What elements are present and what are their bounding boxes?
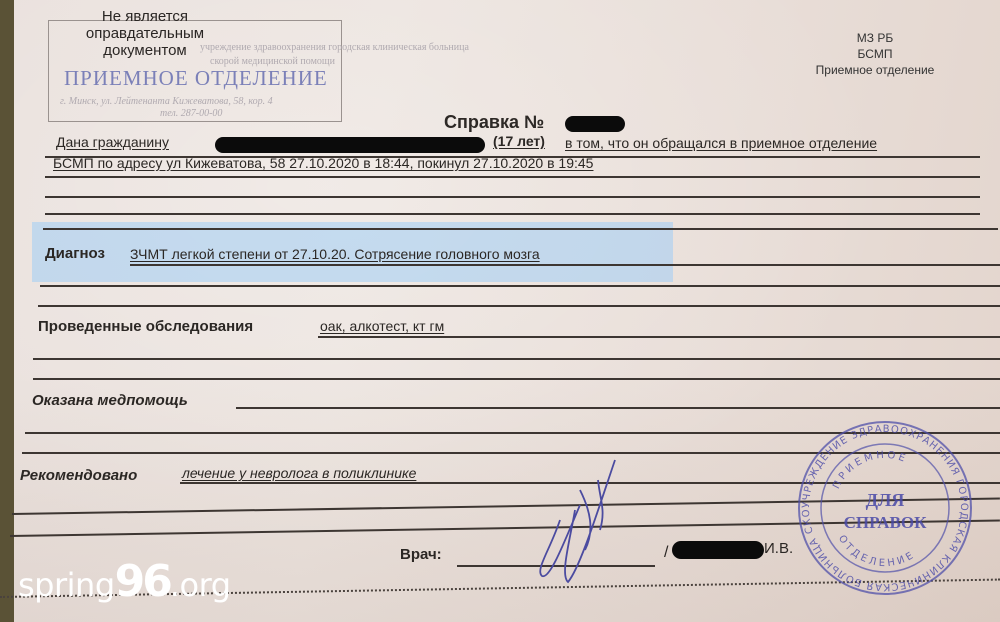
- header-institution: МЗ РБ БСМП Приемное отделение: [790, 30, 960, 78]
- svg-text:ПРИЕМНОЕ: ПРИЕМНОЕ: [831, 450, 909, 491]
- stamp-address: г. Минск, ул. Лейтенанта Кижеватова, 58,…: [60, 96, 273, 107]
- svg-text:ОТДЕЛЕНИЕ: ОТДЕЛЕНИЕ: [836, 533, 918, 569]
- issued-prefix: Дана гражданину: [56, 134, 169, 150]
- spring96-watermark: spring96.org: [18, 556, 231, 607]
- examinations-value: оак, алкотест, кт гм: [320, 318, 444, 334]
- diagnosis-label: Диагноз: [45, 245, 105, 262]
- document-title: Справка №: [444, 112, 544, 133]
- doctor-initials: И.В.: [764, 540, 793, 557]
- redacted-doctor-name: [672, 541, 764, 559]
- round-seal: УЧРЕЖДЕНИЕ ЗДРАВООХРАНЕНИЯ ГОРОДСКАЯ КЛИ…: [795, 418, 975, 598]
- diagnosis-value: ЗЧМТ легкой степени от 27.10.20. Сотрясе…: [130, 246, 540, 262]
- redacted-number: [565, 116, 625, 132]
- visit-details: БСМП по адресу ул Кижеватова, 58 27.10.2…: [53, 155, 593, 171]
- doctor-slash: /: [664, 544, 668, 562]
- recommended-label: Рекомендовано: [20, 467, 137, 484]
- medical-help-label: Оказана медпомощь: [32, 392, 188, 409]
- stamp-department: ПРИЕМНОЕ ОТДЕЛЕНИЕ: [64, 66, 328, 91]
- stamp-phone: тел. 287-00-00: [160, 108, 222, 119]
- recommended-value: лечение у невролога в поликлинике: [182, 465, 416, 481]
- doctor-signature: [520, 450, 630, 590]
- patient-age: (17 лет): [493, 133, 545, 149]
- issued-suffix: в том, что он обращался в приемное отдел…: [565, 135, 877, 151]
- examinations-label: Проведенные обследования: [38, 318, 253, 335]
- svg-text:ДЛЯ: ДЛЯ: [866, 490, 905, 510]
- not-justification-notice: Не является оправдательным документом: [60, 8, 230, 59]
- doctor-label: Врач:: [400, 546, 442, 563]
- redacted-name: [215, 137, 485, 153]
- svg-text:СПРАВОК: СПРАВОК: [844, 513, 928, 532]
